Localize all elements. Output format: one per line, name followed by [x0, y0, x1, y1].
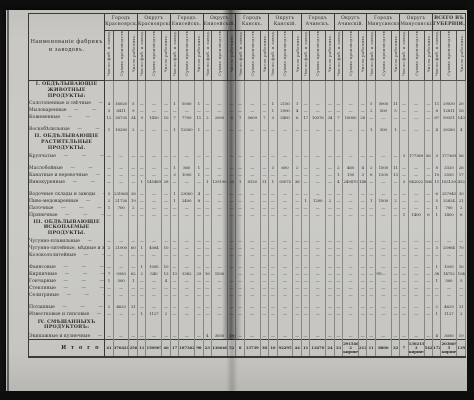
cell: — [375, 311, 391, 318]
cell: 2 [432, 304, 440, 311]
cell: — [211, 107, 227, 114]
cell: 1 [137, 179, 145, 186]
cell: — [236, 264, 244, 271]
cell [269, 81, 277, 101]
cell: — [326, 271, 334, 278]
cell: — [227, 107, 235, 114]
cell [310, 81, 326, 101]
cell: — [301, 292, 309, 299]
cell: 17 [457, 172, 466, 179]
cell [408, 81, 424, 101]
cell: 2 [105, 304, 113, 311]
cell: — [424, 172, 432, 179]
cell [441, 133, 457, 152]
cell: — [310, 191, 326, 198]
cell: 7700 [179, 114, 195, 121]
cell: — [162, 153, 170, 160]
cell: — [375, 205, 391, 212]
cell [162, 133, 170, 152]
cell [113, 318, 129, 333]
cell: — [162, 107, 170, 114]
cell: — [211, 100, 227, 107]
cell: — [400, 278, 408, 285]
cell [391, 133, 399, 152]
sub-column-header: Число рабочихъ. [424, 31, 432, 81]
cell: 291546 2 кирпичн. [343, 340, 359, 357]
cell: — [391, 271, 399, 278]
scan-stain [376, 272, 382, 275]
cell: — [334, 100, 342, 107]
cell: — [424, 165, 432, 172]
cell: — [236, 165, 244, 172]
cell: — [244, 107, 260, 114]
cell: 34 [326, 114, 334, 121]
cell: — [244, 292, 260, 299]
cell: — [301, 205, 309, 212]
cell: — [358, 333, 366, 340]
cell: — [310, 285, 326, 292]
cell: — [400, 333, 408, 340]
cell: — [146, 333, 162, 340]
cell: — [391, 333, 399, 340]
cell: — [227, 311, 235, 318]
cell: — [105, 285, 113, 292]
cell [277, 318, 293, 333]
cell: — [326, 311, 334, 318]
sub-column-header: Сумма производства. [343, 31, 359, 81]
cell: — [146, 212, 162, 219]
cell: — [269, 191, 277, 198]
cell: 700 [441, 205, 457, 212]
cell: — [195, 245, 203, 252]
cell: — [179, 252, 195, 259]
cell: 1 [137, 245, 145, 252]
cell: — [400, 107, 408, 114]
cell: 3320 [441, 165, 457, 172]
sub-column-header: Число фаб. и завод. [203, 31, 211, 81]
cell: 46 [162, 340, 170, 357]
cell: — [129, 333, 137, 340]
table-row: Пиво-медоваренные — — —22172619———124008… [29, 198, 466, 205]
cell: — [432, 238, 440, 245]
cell: 4 [293, 107, 301, 114]
sub-column-header: Сумма производства. [244, 31, 260, 81]
cell: 3 [170, 172, 178, 179]
cell: — [269, 205, 277, 212]
cell: — [310, 179, 326, 186]
cell: — [179, 278, 195, 285]
cell: 67 [432, 114, 440, 121]
cell: 1 [105, 126, 113, 133]
cell: — [343, 205, 359, 212]
cell: 1000 [179, 172, 195, 179]
cell: — [269, 172, 277, 179]
cell [105, 219, 113, 238]
cell: 8 [432, 107, 440, 114]
cell: — [244, 278, 260, 285]
cell [137, 219, 145, 238]
cell: — [358, 304, 366, 311]
cell: 3 [400, 153, 408, 160]
row-label: IV. СМѢШАННЫХЪ ПРОДУКТОВЪ: [29, 318, 105, 333]
cell: 5 [457, 278, 466, 285]
cell: — [162, 205, 170, 212]
row-label: И т о г о [29, 340, 105, 357]
row-label: Гончарные — — — [29, 278, 105, 285]
cell: 38 [432, 271, 440, 278]
cell: 4 [203, 333, 211, 340]
cell: — [203, 198, 211, 205]
cell [269, 133, 277, 152]
cell: — [162, 191, 170, 198]
cell: 1 [367, 198, 375, 205]
row-label: Известковые и гипсовые — — — [29, 311, 105, 318]
cell: 4 [195, 191, 203, 198]
cell: — [269, 278, 277, 285]
cell: — [244, 153, 260, 160]
sub-column-header: Число рабочихъ. [457, 31, 466, 81]
table-row: Кожевенные — — —123873534914501077700112… [29, 114, 466, 121]
cell: — [236, 333, 244, 340]
cell: — [408, 172, 424, 179]
cell [244, 133, 260, 152]
table-row: II. ОБДѢЛЫВАЮЩІЕ РАСТИТЕЛЬНЫЕ ПРОДУКТЫ. [29, 133, 466, 152]
cell: — [203, 107, 211, 114]
cell: 60 [129, 245, 137, 252]
cell: — [129, 285, 137, 292]
cell: — [293, 172, 301, 179]
cell: — [162, 285, 170, 292]
cell: — [375, 238, 391, 245]
cell: — [211, 264, 227, 271]
sub-column-header: Число рабочихъ. [326, 31, 334, 81]
cell: — [334, 271, 342, 278]
cell: 1 [170, 198, 178, 205]
cell: — [310, 165, 326, 172]
cell: — [146, 238, 162, 245]
cell: — [375, 114, 391, 121]
cell: 1031296 [441, 179, 457, 186]
sub-column-header: Сумма производства. [441, 31, 457, 81]
cell: 150967 [146, 340, 162, 357]
cell: — [227, 165, 235, 172]
cell: — [137, 333, 145, 340]
cell: — [400, 100, 408, 107]
table-title: Наименованіе фабрикъ и заводовъ. [29, 14, 105, 81]
cell: 31 [129, 304, 137, 311]
cell: — [260, 311, 268, 318]
cell: — [400, 304, 408, 311]
cell: — [260, 278, 268, 285]
cell: 5000 [179, 100, 195, 107]
cell: — [358, 311, 366, 318]
cell: 4 [162, 278, 170, 285]
cell: — [326, 304, 334, 311]
cell [227, 271, 235, 278]
cell: — [310, 107, 326, 114]
cell: — [343, 238, 359, 245]
cell: 11 [367, 340, 375, 357]
cell: — [269, 304, 277, 311]
sub-column-header: Сумма производства. [277, 31, 293, 81]
cell: — [260, 238, 268, 245]
cell [146, 318, 162, 333]
cell: — [203, 165, 211, 172]
cell: — [293, 304, 301, 311]
cell: — [227, 126, 235, 133]
cell: — [170, 252, 178, 259]
cell [260, 133, 268, 152]
cell: 1 [432, 205, 440, 212]
cell: 6 [367, 172, 375, 179]
cell: — [162, 212, 170, 219]
cell: 32824 [441, 198, 457, 205]
cell [105, 318, 113, 333]
cell: — [211, 292, 227, 299]
cell: 7 [236, 114, 244, 121]
cell: — [236, 100, 244, 107]
cell [105, 81, 113, 101]
cell: — [105, 238, 113, 245]
cell: — [375, 153, 391, 160]
cell: — [236, 191, 244, 198]
cell [358, 81, 366, 101]
cell [269, 318, 277, 333]
cell: — [375, 333, 391, 340]
cell: — [441, 285, 457, 292]
cell [432, 219, 440, 238]
cell: 56 [424, 153, 432, 160]
cell [424, 219, 432, 238]
cell [211, 219, 227, 238]
cell: — [244, 311, 260, 318]
cell: 5609 [244, 114, 260, 121]
cell: — [137, 198, 145, 205]
cell: — [400, 126, 408, 133]
cell: — [137, 172, 145, 179]
cell: 20 [457, 100, 466, 107]
cell: — [236, 285, 244, 292]
cell: 8130 [244, 179, 260, 186]
cell: — [400, 238, 408, 245]
sub-column-header: Число рабочихъ. [293, 31, 301, 81]
cell [236, 81, 244, 101]
cell: — [301, 179, 309, 186]
cell: — [424, 264, 432, 271]
cell: 10 [269, 340, 277, 357]
cell: 25964 [441, 245, 457, 252]
cell: — [203, 100, 211, 107]
cell [358, 219, 366, 238]
cell: — [441, 292, 457, 299]
cell: — [277, 292, 293, 299]
cell: — [424, 271, 432, 278]
cell: — [334, 191, 342, 198]
cell: — [195, 304, 203, 311]
cell: — [260, 165, 268, 172]
sub-column-header: Сумма производства. [375, 31, 391, 81]
cell [441, 219, 457, 238]
cell: — [310, 252, 326, 259]
cell: — [334, 292, 342, 299]
cell: 166 [424, 179, 432, 186]
cell: — [260, 212, 268, 219]
cell: — [432, 292, 440, 299]
cell [129, 81, 137, 101]
cell: — [260, 107, 268, 114]
cell: — [203, 264, 211, 271]
cell: 8 [432, 165, 440, 172]
cell: — [408, 100, 424, 107]
cell: — [375, 304, 391, 311]
cell: — [391, 311, 399, 318]
cell: — [105, 179, 113, 186]
cell: — [408, 333, 424, 340]
cell: — [269, 285, 277, 292]
cell: — [326, 179, 334, 186]
cell: — [358, 126, 366, 133]
cell: — [113, 212, 129, 219]
cell: — [244, 100, 260, 107]
cell: — [277, 238, 293, 245]
cell: 150 [343, 172, 359, 179]
cell: — [424, 304, 432, 311]
cell: — [375, 245, 391, 252]
cell: — [400, 205, 408, 212]
cell: — [301, 107, 309, 114]
cell: — [211, 285, 227, 292]
cell: — [269, 333, 277, 340]
cell: — [269, 311, 277, 318]
cell [358, 318, 366, 333]
cell: — [326, 238, 334, 245]
cell: — [424, 198, 432, 205]
cell: 1 [195, 100, 203, 107]
cell: — [375, 179, 391, 186]
cell: 700 [113, 205, 129, 212]
cell: — [179, 205, 195, 212]
cell: 1302150 3 кирпичн. [408, 340, 424, 357]
cell: — [391, 252, 399, 259]
cell: 21726 [113, 198, 129, 205]
cell: 187362 [179, 340, 195, 357]
cell: — [301, 311, 309, 318]
cell: — [457, 285, 466, 292]
cell: — [326, 107, 334, 114]
cell: — [236, 238, 244, 245]
cell: 2 [367, 165, 375, 172]
cell: — [301, 285, 309, 292]
cell: 3 [269, 114, 277, 121]
cell: — [293, 252, 301, 259]
cell: — [358, 212, 366, 219]
cell [211, 81, 227, 101]
cell: — [170, 285, 178, 292]
sub-column-header: Число фаб. и завод. [432, 31, 440, 81]
cell: — [195, 264, 203, 271]
sub-column-header: Число фаб. и завод. [367, 31, 375, 81]
cell: — [457, 292, 466, 299]
cell: — [358, 292, 366, 299]
cell: — [211, 212, 227, 219]
cell: — [170, 107, 178, 114]
cell [129, 318, 137, 333]
cell: — [334, 238, 342, 245]
cell: — [301, 278, 309, 285]
cell: — [326, 264, 334, 271]
cell: — [129, 212, 137, 219]
cell: — [162, 333, 170, 340]
cell: — [203, 191, 211, 198]
cell: — [408, 271, 424, 278]
cell: — [227, 212, 235, 219]
cell: — [244, 165, 260, 172]
cell: — [260, 292, 268, 299]
cell: 38 [260, 340, 268, 357]
cell: — [170, 245, 178, 252]
cell [391, 81, 399, 101]
cell: — [408, 304, 424, 311]
cell: 7 [334, 114, 342, 121]
cell: — [277, 285, 293, 292]
cell [457, 219, 466, 238]
cell: — [236, 278, 244, 285]
cell [211, 133, 227, 152]
cell: — [244, 126, 260, 133]
cell [227, 318, 235, 333]
cell: — [408, 285, 424, 292]
cell: — [227, 172, 235, 179]
cell: 21900 [113, 245, 129, 252]
cell [310, 318, 326, 333]
cell: — [236, 172, 244, 179]
cell [260, 318, 268, 333]
cell [244, 219, 260, 238]
cell: — [343, 252, 359, 259]
cell: 1 [293, 100, 301, 107]
cell: 8411 [113, 107, 129, 114]
cell: 2038691 5 кирпичныхъ. [441, 340, 457, 357]
cell: 146 [358, 179, 366, 186]
cell: 17 [170, 340, 178, 357]
cell: 1400 [441, 212, 457, 219]
cell: 29 [195, 271, 203, 278]
cell: 9 [129, 107, 137, 114]
cell: 2 [293, 165, 301, 172]
cell: — [269, 153, 277, 160]
sub-column-header: Число рабочихъ. [195, 31, 203, 81]
cell: — [326, 292, 334, 299]
cell: — [408, 165, 424, 172]
cell: — [293, 153, 301, 160]
cell: 5 [129, 100, 137, 107]
cell: — [227, 238, 235, 245]
cell: — [334, 126, 342, 133]
cell: 1400 [408, 212, 424, 219]
cell [391, 219, 399, 238]
sub-column-header: Сумма производства. [179, 31, 195, 81]
cell [343, 133, 359, 152]
cell: 7 [105, 271, 113, 278]
cell: — [236, 304, 244, 311]
table-row: Селитряные — — —————————————————————————… [29, 292, 466, 299]
cell: — [310, 205, 326, 212]
cell [236, 133, 244, 152]
cell: — [301, 333, 309, 340]
cell: 4629 [113, 304, 129, 311]
cell: — [146, 252, 162, 259]
cell [343, 318, 359, 333]
